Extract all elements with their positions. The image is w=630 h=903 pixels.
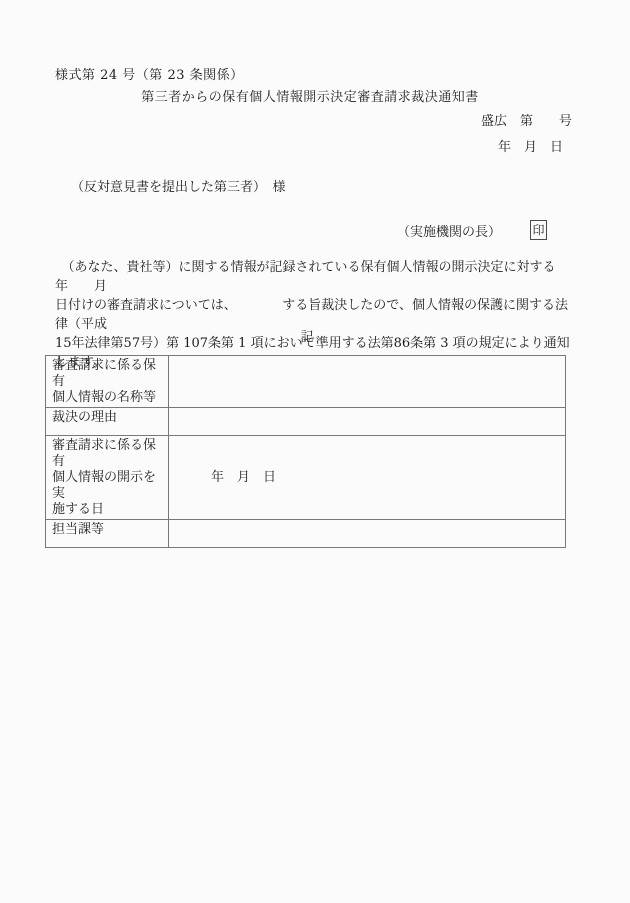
record-marker: 記 bbox=[0, 326, 614, 345]
row-label: 裁決の理由 bbox=[46, 408, 169, 436]
row-label: 審査請求に係る保有 個人情報の開示を実 施する日 bbox=[46, 436, 169, 520]
form-number: 様式第 24 号（第 23 条関係） bbox=[55, 64, 244, 83]
table-row-disclosure-date: 審査請求に係る保有 個人情報の開示を実 施する日 年 月 日 bbox=[46, 436, 566, 520]
details-table: 審査請求に係る保有 個人情報の名称等 裁決の理由 審査請求に係る保有 個人情報の… bbox=[45, 355, 566, 548]
row-value bbox=[169, 356, 566, 408]
document-page: 様式第 24 号（第 23 条関係） 第三者からの保有個人情報開示決定審査請求裁… bbox=[0, 0, 630, 903]
row-value bbox=[169, 408, 566, 436]
body-line-1: （あなた、貴社等）に関する情報が記録されている保有個人情報の開示決定に対する 年… bbox=[55, 258, 575, 296]
table-row-decision-reason: 裁決の理由 bbox=[46, 408, 566, 436]
row-value bbox=[169, 520, 566, 548]
row-label: 審査請求に係る保有 個人情報の名称等 bbox=[46, 356, 169, 408]
document-title: 第三者からの保有個人情報開示決定審査請求裁決通知書 bbox=[0, 86, 620, 105]
row-label: 担当課等 bbox=[46, 520, 169, 548]
row-value: 年 月 日 bbox=[169, 436, 566, 520]
issue-date-line: 年 月 日 bbox=[498, 136, 563, 155]
table-row-department: 担当課等 bbox=[46, 520, 566, 548]
issuer-label: （実施機関の長） bbox=[397, 221, 501, 240]
seal-stamp: 印 bbox=[530, 220, 547, 240]
addressee-line: （反対意見書を提出した第三者） 様 bbox=[71, 176, 286, 195]
document-number-line: 盛広 第 号 bbox=[481, 110, 572, 129]
table-row-information-name: 審査請求に係る保有 個人情報の名称等 bbox=[46, 356, 566, 408]
